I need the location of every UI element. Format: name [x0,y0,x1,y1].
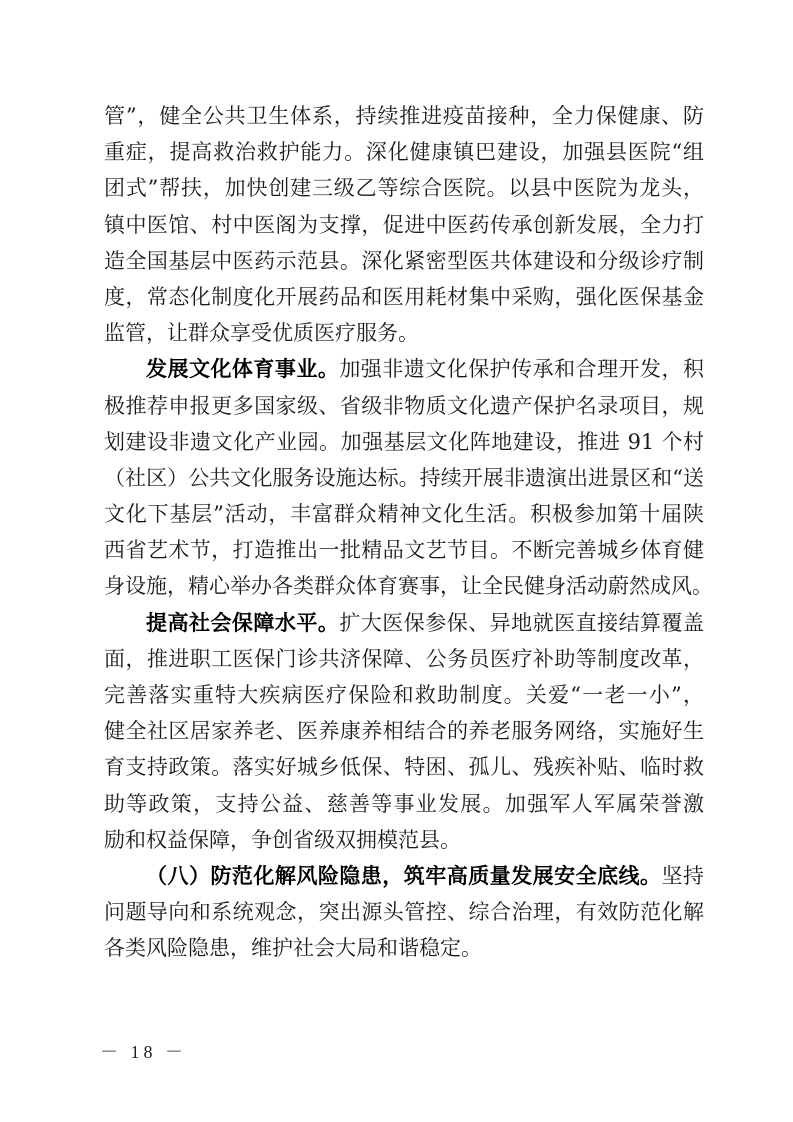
paragraph-social-security: 提高社会保障水平。扩大医保参保、异地就医直接结算覆盖 面，推进职工医保门诊共济保… [104,605,704,858]
text-line: 发展文化体育事业。加强非遗文化保护传承和合理开发，积 [104,351,704,387]
document-page: 管”，健全公共卫生体系，持续推进疫苗接种，全力保健康、防 重症，提高救治救护能力… [0,0,793,1122]
text-line: 团式”帮扶，加快创建三级乙等综合医院。以县中医院为龙头， [104,170,704,206]
text-line: 文化下基层”活动，丰富群众精神文化生活。积极参加第十届陕 [104,496,704,532]
section-heading: （八）防范化解风险隐患，筑牢高质量发展安全底线。 [146,864,662,888]
text-line: 造全国基层中医药示范县。深化紧密型医共体建设和分级诊疗制 [104,243,704,279]
text-line: 面，推进职工医保门诊共济保障、公务员医疗补助等制度改革， [104,641,704,677]
paragraph-health-continued: 管”，健全公共卫生体系，持续推进疫苗接种，全力保健康、防 重症，提高救治救护能力… [104,98,704,351]
text-line: 育支持政策。落实好城乡低保、特困、孤儿、残疾补贴、临时救 [104,749,704,785]
text-line: 西省艺术节，打造推出一批精品文艺节目。不断完善城乡体育健 [104,532,704,568]
text-line: 度，常态化制度化开展药品和医用耗材集中采购，强化医保基金 [104,279,704,315]
paragraph-risk-prevention: （八）防范化解风险隐患，筑牢高质量发展安全底线。坚持 问题导向和系统观念，突出源… [104,858,704,967]
text-line: 助等政策，支持公益、慈善等事业发展。加强军人军属荣誉激 [104,786,704,822]
text-run: 坚持 [662,864,704,888]
text-line: 管”，健全公共卫生体系，持续推进疫苗接种，全力保健康、防 [104,98,704,134]
text-line: 镇中医馆、村中医阁为支撑，促进中医药传承创新发展，全力打 [104,207,704,243]
text-line: 各类风险隐患，维护社会大局和谐稳定。 [104,930,704,966]
page-number: － 18 － [100,1038,187,1064]
text-line: 提高社会保障水平。扩大医保参保、异地就医直接结算覆盖 [104,605,704,641]
body-text: 管”，健全公共卫生体系，持续推进疫苗接种，全力保健康、防 重症，提高救治救护能力… [104,98,704,967]
text-line: 极推荐申报更多国家级、省级非物质文化遗产保护名录项目，规 [104,388,704,424]
text-run: 加强非遗文化保护传承和合理开发，积 [339,357,704,381]
paragraph-heading: 提高社会保障水平。 [146,611,339,635]
text-line: 问题导向和系统观念，突出源头管控、综合治理，有效防范化解 [104,894,704,930]
text-line: （八）防范化解风险隐患，筑牢高质量发展安全底线。坚持 [104,858,704,894]
paragraph-culture-sports: 发展文化体育事业。加强非遗文化保护传承和合理开发，积 极推荐申报更多国家级、省级… [104,351,704,604]
text-line: （社区）公共文化服务设施达标。持续开展非遗演出进景区和“送 [104,460,704,496]
text-line: 监管，让群众享受优质医疗服务。 [104,315,704,351]
text-line: 划建设非遗文化产业园。加强基层文化阵地建设，推进 91 个村 [104,424,704,460]
paragraph-heading: 发展文化体育事业。 [146,357,339,381]
text-line: 励和权益保障，争创省级双拥模范县。 [104,822,704,858]
text-line: 身设施，精心举办各类群众体育赛事，让全民健身活动蔚然成风。 [104,568,704,604]
text-line: 健全社区居家养老、医养康养相结合的养老服务网络，实施好生 [104,713,704,749]
text-run: 扩大医保参保、异地就医直接结算覆盖 [339,611,704,635]
text-line: 重症，提高救治救护能力。深化健康镇巴建设，加强县医院“组 [104,134,704,170]
text-line: 完善落实重特大疾病医疗保险和救助制度。关爱“一老一小”， [104,677,704,713]
